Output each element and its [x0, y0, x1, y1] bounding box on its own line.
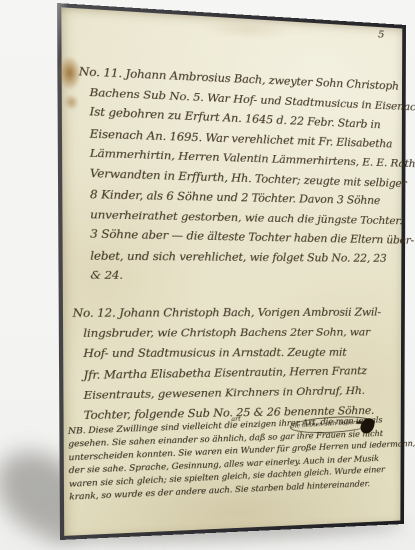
stain [64, 94, 79, 111]
manuscript-line: lebet, und sich verehlichet, wie folget … [90, 245, 415, 267]
insertion-mark: art [231, 415, 240, 423]
print-frame: 5 No. 11. Johann Ambrosius Bach, zweyter… [57, 3, 406, 540]
entry-12: No. 12. Johann Christoph Bach, Vorigen A… [72, 302, 380, 426]
manuscript-line: lingsbruder, wie Christoph Bachens 2ter … [83, 322, 381, 343]
stain [58, 55, 81, 90]
manuscript-line: & 24. [90, 265, 415, 287]
manuscript-photo: 5 No. 11. Johann Ambrosius Bach, zweyter… [0, 0, 415, 550]
page-number: 5 [378, 29, 384, 41]
entry-11: No. 11. Johann Ambrosius Bach, zweyter S… [79, 61, 415, 287]
manuscript-line: No. 12. Johann Christoph Bach, Vorigen A… [72, 302, 380, 323]
